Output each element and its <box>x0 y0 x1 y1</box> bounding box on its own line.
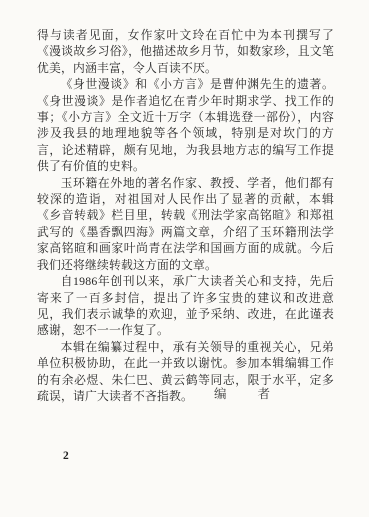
body-text-block: 得与读者见面，女作家叶文玲在百忙中为本刊撰写了《漫谈故乡习俗》，他描述故乡月节，… <box>37 27 334 404</box>
paragraph: 自1986年创刊以来，承广大读者关心和支持，先后寄来了一百多封信，提出了许多宝贵… <box>37 273 334 339</box>
paragraph: 玉环籍在外地的著名作家、教授、学者，他们都有较深的造诣，对祖国对人民作出了显著的… <box>37 175 334 273</box>
editor-signature: 编 者 <box>37 384 334 402</box>
page-number: 2 <box>63 450 69 462</box>
paragraph: 《身世漫谈》和《小方言》是曹仲渊先生的遗著。《身世漫谈》是作者追忆在青少年时期求… <box>37 76 334 174</box>
scanned-book-page: 得与读者见面，女作家叶文玲在百忙中为本刊撰写了《漫谈故乡习俗》，他描述故乡月节，… <box>0 0 369 517</box>
paragraph-continuation: 得与读者见面，女作家叶文玲在百忙中为本刊撰写了《漫谈故乡习俗》，他描述故乡月节，… <box>37 27 334 76</box>
